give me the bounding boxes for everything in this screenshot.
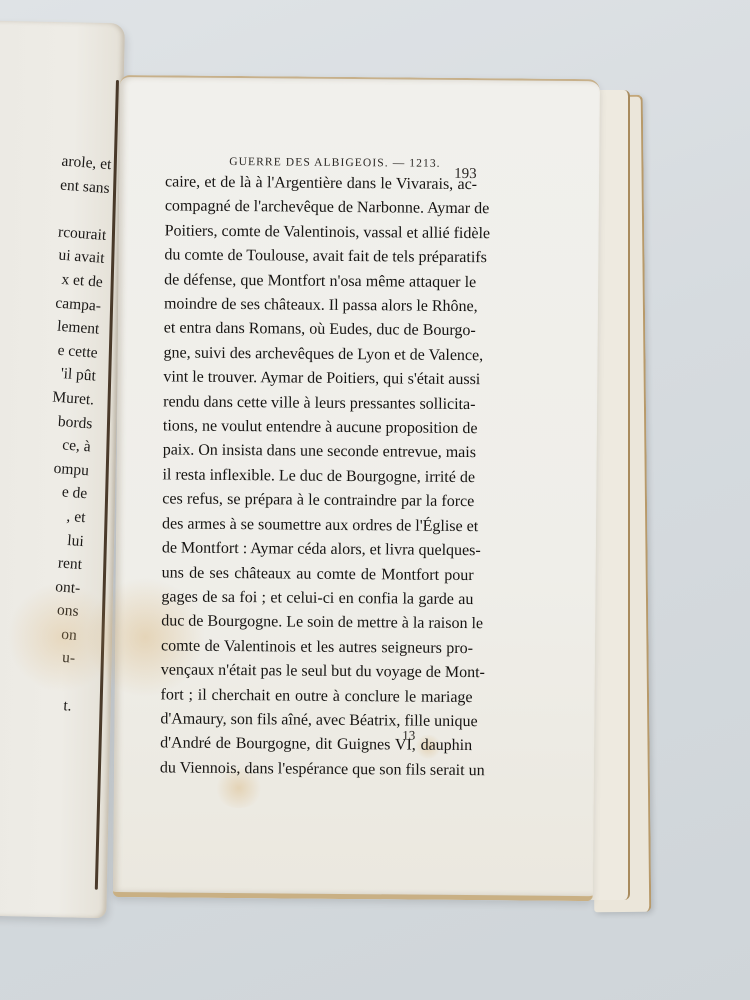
text-line: vençaux n'était pas le seul but du voyag… (161, 659, 473, 686)
text-line: tions, ne voulut entendre à aucune propo… (163, 414, 475, 441)
text-line: moindre de ses châteaux. Il passa alors … (164, 292, 476, 319)
signature-mark: 13 (402, 727, 415, 743)
text-line: rendu dans cette ville à leurs pressante… (163, 390, 475, 417)
text-line: d'André de Bourgogne, dit Guignes VI, da… (160, 732, 472, 759)
text-line: paix. On insista dans une seconde entrev… (163, 439, 475, 466)
text-line: caire, et de là à l'Argentière dans le V… (165, 170, 477, 197)
text-line: et entra dans Romans, où Eudes, duc de B… (164, 317, 476, 344)
text-line: gages de sa foi ; et celui-ci en confia … (161, 585, 473, 612)
text-line: vint le trouver. Aymar de Poitiers, qui … (163, 366, 475, 393)
text-line: gne, suivi des archevêques de Lyon et de… (163, 341, 475, 368)
text-line: d'Amaury, son fils aîné, avec Béatrix, f… (160, 707, 472, 734)
left-line: u- (0, 636, 76, 671)
text-line: comte de Valentinois et les autres seign… (161, 634, 473, 661)
left-line: on (0, 612, 78, 647)
text-line: il resta inflexible. Le duc de Bourgogne… (162, 463, 474, 490)
text-line: du Viennois, dans l'espérance que son fi… (160, 756, 472, 783)
right-page: Guerre des Albigeois. — 1213. 193 caire,… (113, 75, 600, 901)
text-line: fort ; il cherchait en outre à conclure … (160, 683, 472, 710)
text-line: du comte de Toulouse, avait fait de tels… (164, 244, 476, 271)
text-line: de défense, que Montfort n'osa même atta… (164, 268, 476, 295)
text-line: Poitiers, comte de Valentinois, vassal e… (165, 219, 477, 246)
text-line: ces refus, se prépara à le contraindre p… (162, 488, 474, 515)
text-line: de Montfort : Aymar céda alors, et livra… (162, 536, 474, 563)
left-line (0, 660, 74, 695)
running-head: Guerre des Albigeois. — 1213. (229, 156, 579, 171)
table-surface: arole, et ent sans rcourait ui avait x e… (0, 0, 750, 1000)
text-line: duc de Bourgogne. Le soin de mettre à la… (161, 610, 473, 637)
left-line: ons (0, 589, 79, 624)
page-body-text: caire, et de là à l'Argentière dans le V… (160, 170, 477, 783)
text-line: des armes à se soumettre aux ordres de l… (162, 512, 474, 539)
text-line: compagné de l'archevêque de Narbonne. Ay… (165, 195, 477, 222)
left-line: t. (0, 683, 73, 718)
text-line: uns de ses châteaux au comte de Montfort… (162, 561, 474, 588)
